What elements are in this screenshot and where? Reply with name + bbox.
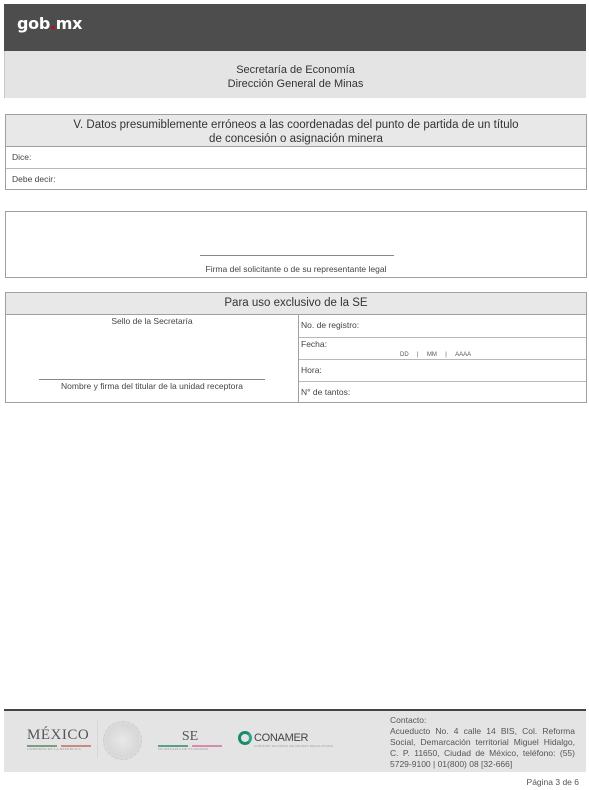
se-logo: SE SECRETARÍA DE ECONOMÍA (180, 729, 222, 751)
field-registro-label: No. de registro: (301, 320, 359, 330)
se-tagline: SECRETARÍA DE ECONOMÍA (158, 747, 222, 751)
date-dd: DD (400, 352, 409, 358)
organization-header: Secretaría de Economía Dirección General… (4, 51, 586, 98)
date-mm: MM (427, 352, 437, 358)
field-fecha[interactable]: Fecha: DD | MM | AAAA (299, 337, 586, 359)
conamer-logo-text: CONAMER (254, 732, 333, 744)
date-format-hint: DD | MM | AAAA (400, 352, 471, 358)
signature-line[interactable] (200, 255, 394, 256)
logo-divider (97, 721, 98, 758)
mexico-logo: MÉXICO GOBIERNO DE LA REPÚBLICA (27, 727, 91, 751)
national-seal-icon (103, 721, 142, 760)
date-yyyy: AAAA (455, 352, 471, 358)
page-number: Página 3 de 6 (527, 777, 579, 787)
signature-caption: Firma del solicitante o de su representa… (6, 264, 586, 274)
org-direccion: Dirección General de Minas (5, 77, 586, 91)
se-logo-text: SE (158, 729, 222, 745)
field-registro[interactable]: No. de registro: (299, 315, 586, 337)
conamer-icon (238, 731, 252, 745)
receiver-signature-line[interactable] (39, 379, 265, 380)
mexico-logo-text: MÉXICO (27, 727, 91, 744)
gobmx-logo[interactable]: gob.mx (17, 14, 82, 33)
contact-title: Contacto: (390, 715, 575, 726)
receiver-caption: Nombre y firma del titular de la unidad … (6, 381, 298, 391)
field-tantos-label: N° de tantos: (301, 387, 350, 397)
field-dice-label: Dice: (12, 152, 31, 162)
stamp-label: Sello de la Secretaría (6, 316, 298, 326)
section-5-title-line2: de concesión o asignación minera (6, 132, 586, 146)
section-5-title-line1: V. Datos presumiblemente erróneos a las … (6, 118, 586, 132)
field-tantos[interactable]: N° de tantos: (299, 381, 586, 402)
mexico-tagline: GOBIERNO DE LA REPÚBLICA (27, 747, 91, 751)
date-sep-2: | (445, 352, 447, 358)
conamer-logo: CONAMER COMISIÓN NACIONAL DE MEJORA REGU… (254, 732, 333, 748)
field-dice[interactable]: Dice: (6, 147, 586, 168)
logo-main-text: gob (17, 14, 50, 33)
field-debe-decir-label: Debe decir: (12, 174, 55, 184)
date-sep-1: | (417, 352, 419, 358)
logo-suffix-text: mx (56, 14, 82, 33)
applicant-signature-box: Firma del solicitante o de su representa… (5, 211, 587, 278)
org-secretaria: Secretaría de Economía (5, 63, 586, 77)
field-hora[interactable]: Hora: (299, 359, 586, 381)
se-fields: No. de registro: Fecha: DD | MM | AAAA H… (299, 315, 586, 402)
field-debe-decir[interactable]: Debe decir: (6, 168, 586, 189)
stamp-area: Sello de la Secretaría Nombre y firma de… (6, 315, 299, 402)
section-5-title: V. Datos presumiblemente erróneos a las … (6, 115, 586, 147)
section-5-table: V. Datos presumiblemente erróneos a las … (5, 114, 587, 190)
top-bar (4, 4, 586, 51)
se-use-title: Para uso exclusivo de la SE (6, 293, 586, 315)
field-fecha-label: Fecha: (301, 338, 586, 350)
contact-info: Contacto: Acueducto No. 4 calle 14 BIS, … (390, 715, 575, 770)
field-hora-label: Hora: (301, 365, 322, 375)
se-use-table: Para uso exclusivo de la SE Sello de la … (5, 292, 587, 403)
conamer-tagline: COMISIÓN NACIONAL DE MEJORA REGULATORIA (254, 744, 333, 748)
contact-text: Acueducto No. 4 calle 14 BIS, Col. Refor… (390, 726, 575, 770)
